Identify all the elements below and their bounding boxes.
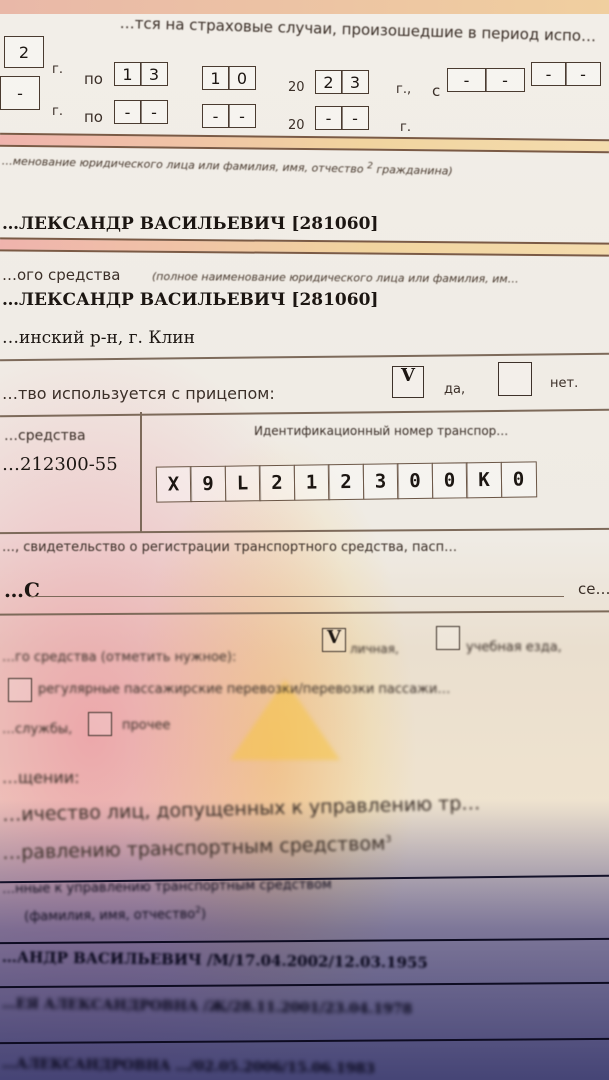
vin-char: 9 <box>190 466 226 502</box>
vin-label: Идентификационный номер транспор… <box>254 424 508 438</box>
year-suffix: г. <box>52 104 63 119</box>
driver-row: …АЛЕКСАНДРОВНА …/02.05.2006/15.06.1983 <box>2 1056 375 1077</box>
to-month-field: 1 0 <box>203 66 256 90</box>
to-day-field: 1 3 <box>115 62 168 86</box>
drivers-line-2: …равлению транспортным средством3 <box>2 832 392 864</box>
column-divider <box>140 412 142 532</box>
drivers-table-header-1: …нные к управлению транспортным средство… <box>2 877 332 897</box>
to-label: по <box>84 70 103 88</box>
footnote-marker: 2 <box>367 160 373 171</box>
end-suffix: г. <box>400 120 411 135</box>
purpose-label: …го средства (отметить нужное): <box>2 650 236 665</box>
next-from-label: с <box>432 82 440 100</box>
vin-char: 2 <box>259 465 295 501</box>
vehicle-model-value: …212300-55 <box>2 454 118 475</box>
to-label: по <box>84 108 103 126</box>
drivers-fragment: …щении: <box>2 768 80 787</box>
vin-char: 1 <box>293 464 329 500</box>
divider <box>0 1038 609 1044</box>
decorative-band <box>0 133 609 153</box>
purpose-training-checkbox[interactable] <box>436 626 460 650</box>
owner-name: …ЛЕКСАНДР ВАСИЛЬЕВИЧ [281060] <box>2 290 378 310</box>
insured-name: …ЛЕКСАНДР ВАСИЛЬЕВИЧ [281060] <box>2 214 378 234</box>
trailer-label: …тво используется с прицепом: <box>2 384 275 403</box>
end-suffix: г., <box>396 82 411 97</box>
owner-address: …инский р-н, г. Клин <box>2 328 195 348</box>
divider <box>0 528 609 534</box>
to-year-field: 2 3 <box>316 70 369 94</box>
owner-hint: (полное наименование юридического лица и… <box>152 270 519 286</box>
digit: 0 <box>228 66 256 90</box>
next-month-field: - - <box>532 62 601 86</box>
trailer-no-label: нет. <box>550 376 578 391</box>
digit: - <box>114 100 142 124</box>
purpose-training-label: учебная езда, <box>466 640 562 655</box>
vin-char: K <box>466 462 502 498</box>
century-label: 20 <box>288 118 305 133</box>
registration-doc-value: …С <box>4 578 40 602</box>
decorative-top-band <box>0 0 609 14</box>
divider <box>0 409 609 417</box>
purpose-regular-transport-label: регулярные пассажирские перевозки/перево… <box>38 682 450 697</box>
divider <box>0 938 609 944</box>
digit: - <box>565 62 601 86</box>
digit: - <box>485 68 525 92</box>
vin-field: X9L212300K0 <box>157 461 537 502</box>
digit: 2 <box>315 70 343 94</box>
insured-hint: …менование юридического лица или фамилия… <box>2 152 453 178</box>
trailer-yes-checkbox[interactable]: V <box>392 366 424 398</box>
driver-row: …ЕЯ АЛЕКСАНДРОВНА /Ж/28.11.2001/23.04.19… <box>2 996 413 1018</box>
digit: - <box>315 106 343 130</box>
century-label: 20 <box>288 80 305 95</box>
purpose-regular-transport-checkbox[interactable] <box>8 678 32 702</box>
decorative-band <box>0 237 609 256</box>
period-header: …тся на страховые случаи, произошедшие в… <box>119 14 596 45</box>
digit: - <box>202 104 230 128</box>
from-year-box: 2 <box>4 36 44 68</box>
policy-document: …тся на страховые случаи, произошедшие в… <box>0 0 609 1080</box>
purpose-other-checkbox[interactable] <box>88 712 112 736</box>
vin-char: 0 <box>397 463 433 499</box>
digit: - <box>228 104 256 128</box>
trailer-yes-label: да, <box>444 382 465 397</box>
digit: 3 <box>140 62 168 86</box>
drivers-line-1: …ичество лиц, допущенных к управлению тр… <box>2 792 481 826</box>
vin-char: 2 <box>328 464 364 500</box>
trailer-no-checkbox[interactable] <box>498 362 532 396</box>
registration-doc-label: …, свидетельство о регистрации транспорт… <box>2 540 457 555</box>
digit: - <box>447 68 487 92</box>
purpose-personal-label: личная, <box>350 642 399 656</box>
digit: - <box>140 100 168 124</box>
divider <box>0 610 609 615</box>
footnote-marker: 3 <box>385 834 392 845</box>
digit: - <box>531 62 567 86</box>
series-label: се… <box>578 580 609 598</box>
digit: - <box>341 106 369 130</box>
vin-char: X <box>155 466 191 502</box>
digit: 1 <box>202 66 230 90</box>
to-day-field-2: - - <box>115 100 168 124</box>
year-suffix: г. <box>52 62 63 77</box>
vin-char: L <box>224 465 260 501</box>
to-year-field-2: - - <box>316 106 369 130</box>
vin-char: 3 <box>362 463 398 499</box>
driver-row: …АНДР ВАСИЛЬЕВИЧ /М/17.04.2002/12.03.195… <box>2 948 428 972</box>
insured-hint-tail: гражданина) <box>376 163 453 178</box>
insured-hint-text: …менование юридического лица или фамилия… <box>2 155 364 176</box>
header-close: ) <box>201 907 206 922</box>
drivers-line-2-text: …равлению транспортным средством <box>2 833 386 864</box>
divider <box>0 353 609 361</box>
fill-line <box>30 596 564 597</box>
vin-char: 0 <box>431 462 467 498</box>
from-year-box-2: - <box>0 76 40 110</box>
vin-char: 0 <box>500 461 536 497</box>
divider <box>0 982 609 988</box>
to-month-field-2: - - <box>203 104 256 128</box>
owner-label: …ого средства <box>2 266 120 284</box>
drivers-table-header-2: (фамилия, имя, отчество2) <box>24 905 206 924</box>
purpose-services-fragment: …службы, <box>2 722 72 737</box>
purpose-personal-checkbox[interactable]: V <box>322 628 346 652</box>
vehicle-model-label: …средства <box>4 428 86 444</box>
header-text: (фамилия, имя, отчество <box>24 907 195 924</box>
digit: 3 <box>341 70 369 94</box>
purpose-other-label: прочее <box>122 718 170 733</box>
digit: 1 <box>114 62 142 86</box>
next-day-field: - - <box>448 68 525 92</box>
